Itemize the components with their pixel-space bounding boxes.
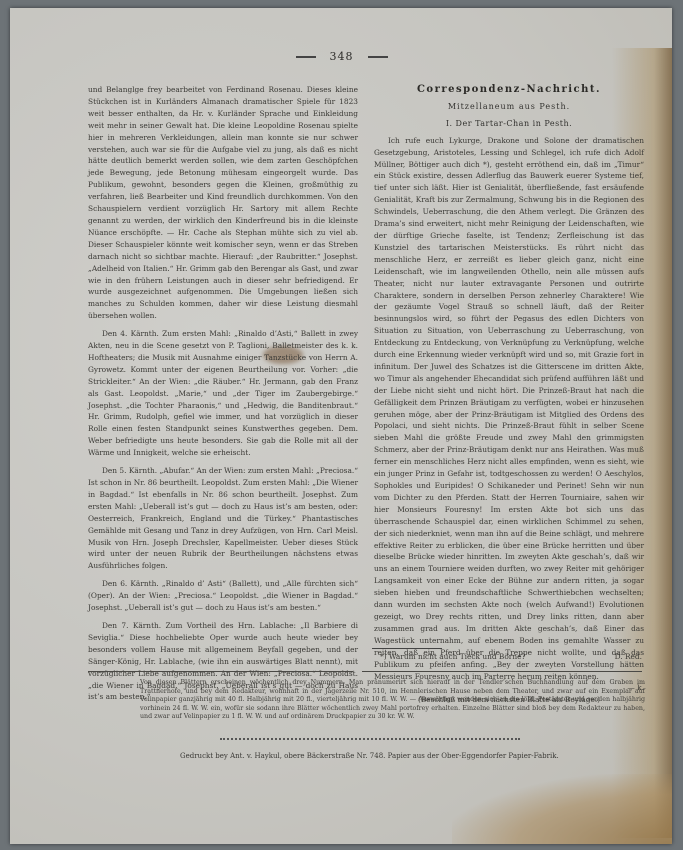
page-number-dash-left bbox=[296, 56, 316, 58]
section-title: I. Der Tartar-Chan in Pesth. bbox=[374, 118, 644, 130]
left-paragraph: Den 6. Kärnth. „Rinaldo d’ Asti“ (Ballet… bbox=[88, 578, 358, 614]
footnote-attribution: D. Red. bbox=[615, 652, 642, 661]
left-paragraph: Den 4. Kärnth. Zum ersten Mahl: „Rinaldo… bbox=[88, 328, 358, 459]
page-number-text: 348 bbox=[330, 50, 354, 63]
water-stain-bottom bbox=[452, 774, 672, 844]
ornamental-rule bbox=[220, 738, 520, 744]
imprint-text: Gedruckt bey Ant. v. Haykul, obere Bäcke… bbox=[180, 752, 559, 760]
footnote-text: *) Warum nicht auch Tieck und Börne? bbox=[380, 652, 525, 661]
page-number: 348 bbox=[0, 50, 683, 63]
footnote: *) Warum nicht auch Tieck und Börne? D. … bbox=[380, 652, 642, 661]
footnote-rule bbox=[372, 648, 442, 649]
notice-text: Von diesen Blättern erscheinen wöchentli… bbox=[140, 679, 645, 722]
page-number-dash-right bbox=[368, 56, 388, 58]
divider-right bbox=[362, 671, 642, 672]
printer-imprint: Gedruckt bey Ant. v. Haykul, obere Bäcke… bbox=[180, 752, 600, 760]
right-column: Correspondenz-Nachricht. Mitzellaneum au… bbox=[374, 84, 644, 706]
divider-left bbox=[88, 671, 353, 672]
article-subheading: Mitzellaneum aus Pesth. bbox=[374, 101, 644, 113]
left-paragraph: Den 5. Kärnth. „Abufar.“ An der Wien: zu… bbox=[88, 465, 358, 572]
article-heading: Correspondenz-Nachricht. bbox=[374, 84, 644, 96]
right-paragraph: Ich rufe euch Lykurge, Drakone und Solon… bbox=[374, 135, 644, 683]
subscription-notice: Von diesen Blättern erscheinen wöchentli… bbox=[140, 679, 645, 722]
left-paragraph: und Belanglge frey bearbeitet von Ferdin… bbox=[88, 84, 358, 322]
left-column: und Belanglge frey bearbeitet von Ferdin… bbox=[88, 84, 358, 703]
